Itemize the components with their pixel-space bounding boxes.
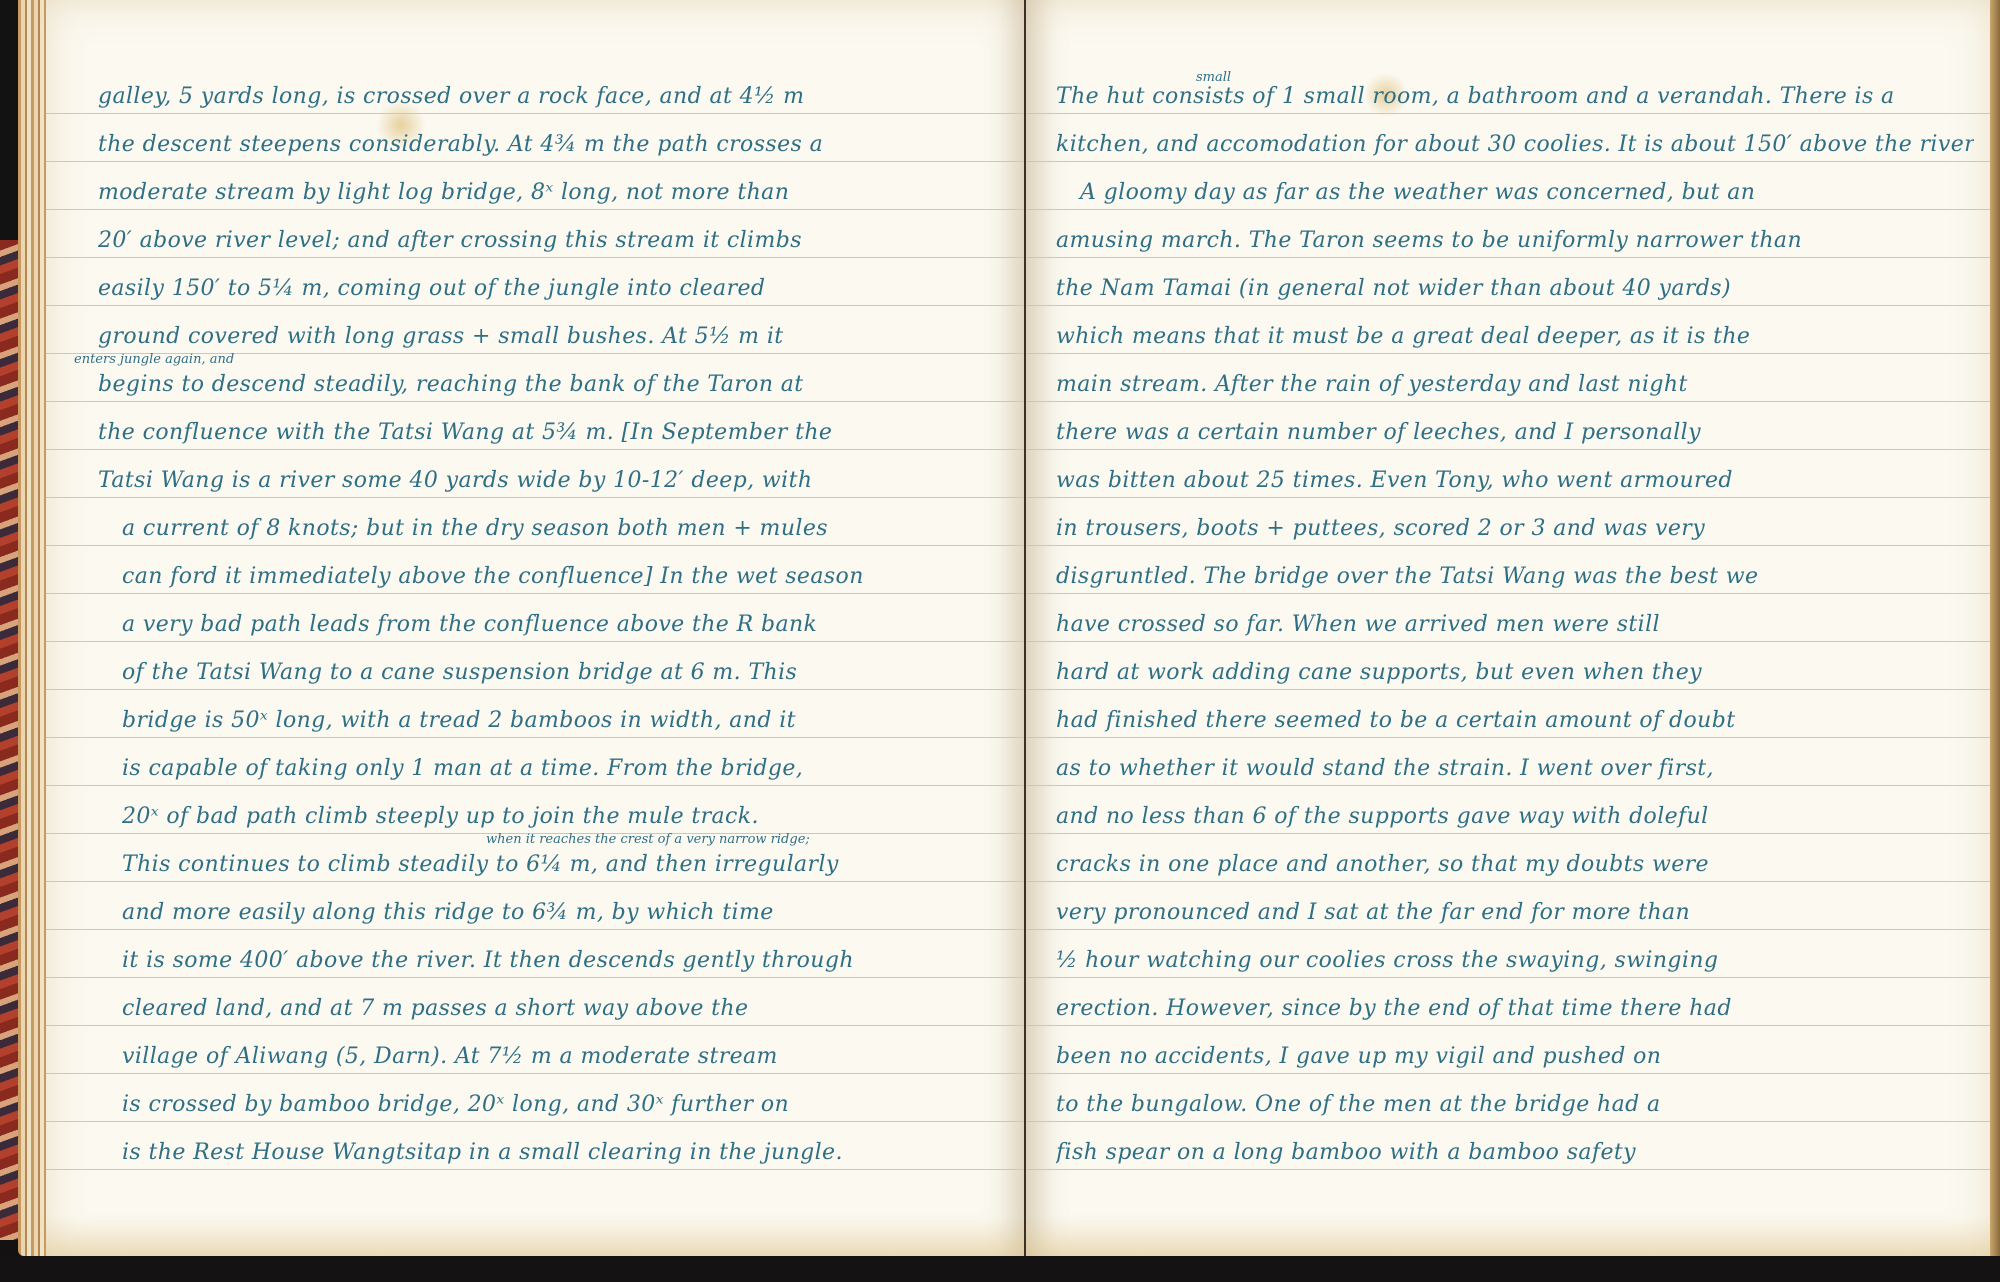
ruled-line: ground covered with long grass + small b… [46, 306, 1026, 354]
ruled-line: to the bungalow. One of the men at the b… [1026, 1074, 1992, 1122]
text-line: easily 150′ to 5¼ m, coming out of the j… [98, 276, 1008, 301]
text-line: the confluence with the Tatsi Wang at 5¾… [98, 420, 1008, 445]
text-line: a current of 8 knots; but in the dry sea… [98, 516, 1008, 541]
text-line: kitchen, and accomodation for about 30 c… [1056, 132, 1974, 157]
ruled-line: easily 150′ to 5¼ m, coming out of the j… [46, 258, 1026, 306]
text-line: main stream. After the rain of yesterday… [1056, 372, 1974, 397]
ruled-line: is crossed by bamboo bridge, 20ˣ long, a… [46, 1074, 1026, 1122]
cover-bottom [0, 1256, 2000, 1282]
ruled-line: was bitten about 25 times. Even Tony, wh… [1026, 450, 1992, 498]
text-line: have crossed so far. When we arrived men… [1056, 612, 1974, 637]
ruled-line: small The hut consists of 1 small room, … [1026, 66, 1992, 114]
right-page-lines: small The hut consists of 1 small room, … [1026, 66, 1992, 1170]
text-line: is the Rest House Wangtsitap in a small … [98, 1140, 1008, 1165]
text-line: ground covered with long grass + small b… [98, 324, 1008, 349]
ruled-line: is capable of taking only 1 man at a tim… [46, 738, 1026, 786]
ruled-line: have crossed so far. When we arrived men… [1026, 594, 1992, 642]
text-line: erection. However, since by the end of t… [1056, 996, 1974, 1021]
ruled-line: can ford it immediately above the conflu… [46, 546, 1026, 594]
ruled-line: 20ˣ of bad path climb steeply up to join… [46, 786, 1026, 834]
text-line: can ford it immediately above the conflu… [98, 564, 1008, 589]
ruled-line: 20′ above river level; and after crossin… [46, 210, 1026, 258]
ruled-line: Tatsi Wang is a river some 40 yards wide… [46, 450, 1026, 498]
ruled-line: disgruntled. The bridge over the Tatsi W… [1026, 546, 1992, 594]
text-line: bridge is 50ˣ long, with a tread 2 bambo… [98, 708, 1008, 733]
text-line: fish spear on a long bamboo with a bambo… [1056, 1140, 1974, 1165]
ruled-line: A gloomy day as far as the weather was c… [1026, 162, 1992, 210]
ruled-line: main stream. After the rain of yesterday… [1026, 354, 1992, 402]
ruled-line: a very bad path leads from the confluenc… [46, 594, 1026, 642]
ruled-line: galley, 5 yards long, is crossed over a … [46, 66, 1026, 114]
ruled-line: is the Rest House Wangtsitap in a small … [46, 1122, 1026, 1170]
ruled-line: hard at work adding cane supports, but e… [1026, 642, 1992, 690]
text-line: as to whether it would stand the strain.… [1056, 756, 1974, 781]
ruled-line: bridge is 50ˣ long, with a tread 2 bambo… [46, 690, 1026, 738]
text-line: the descent steepens considerably. At 4¾… [98, 132, 1008, 157]
text-line: village of Aliwang (5, Darn). At 7½ m a … [98, 1044, 1008, 1069]
ruled-line: enters jungle again, and begins to desce… [46, 354, 1026, 402]
text-line: is capable of taking only 1 man at a tim… [98, 756, 1008, 781]
ruled-line: moderate stream by light log bridge, 8ˣ … [46, 162, 1026, 210]
marbled-edge [0, 240, 18, 1240]
text-line: of the Tatsi Wang to a cane suspension b… [98, 660, 1008, 685]
page-foxing [46, 1216, 1026, 1256]
left-page-lines: galley, 5 yards long, is crossed over a … [46, 66, 1026, 1170]
ruled-line: kitchen, and accomodation for about 30 c… [1026, 114, 1992, 162]
ruled-line: village of Aliwang (5, Darn). At 7½ m a … [46, 1026, 1026, 1074]
ruled-line: a current of 8 knots; but in the dry sea… [46, 498, 1026, 546]
ruled-line: very pronounced and I sat at the far end… [1026, 882, 1992, 930]
text-line: 20′ above river level; and after crossin… [98, 228, 1008, 253]
ruled-line: when it reaches the crest of a very narr… [46, 834, 1026, 882]
text-line: which means that it must be a great deal… [1056, 324, 1974, 349]
text-line: The hut consists of 1 small room, a bath… [1056, 84, 1974, 109]
ruled-line: cracks in one place and another, so that… [1026, 834, 1992, 882]
right-page: small The hut consists of 1 small room, … [1026, 0, 1992, 1256]
text-line: is crossed by bamboo bridge, 20ˣ long, a… [98, 1092, 1008, 1117]
ruled-line: the confluence with the Tatsi Wang at 5¾… [46, 402, 1026, 450]
interlinear-insert: small [1196, 70, 1231, 85]
text-line: was bitten about 25 times. Even Tony, wh… [1056, 468, 1974, 493]
ruled-line: it is some 400′ above the river. It then… [46, 930, 1026, 978]
text-line: cracks in one place and another, so that… [1056, 852, 1974, 877]
text-line: been no accidents, I gave up my vigil an… [1056, 1044, 1974, 1069]
text-line: 20ˣ of bad path climb steeply up to join… [98, 804, 1008, 829]
text-line: begins to descend steadily, reaching the… [98, 372, 1008, 397]
text-line: A gloomy day as far as the weather was c… [1056, 180, 1974, 205]
ruled-line: there was a certain number of leeches, a… [1026, 402, 1992, 450]
text-line: galley, 5 yards long, is crossed over a … [98, 84, 1008, 109]
ruled-line: cleared land, and at 7 m passes a short … [46, 978, 1026, 1026]
left-page: galley, 5 yards long, is crossed over a … [46, 0, 1026, 1256]
text-line: it is some 400′ above the river. It then… [98, 948, 1008, 973]
right-page-edge [1990, 0, 2000, 1256]
text-line: hard at work adding cane supports, but e… [1056, 660, 1974, 685]
text-line: Tatsi Wang is a river some 40 yards wide… [98, 468, 1008, 493]
text-line: amusing march. The Taron seems to be uni… [1056, 228, 1974, 253]
text-line: cleared land, and at 7 m passes a short … [98, 996, 1008, 1021]
text-line: ½ hour watching our coolies cross the sw… [1056, 948, 1974, 973]
ruled-line: erection. However, since by the end of t… [1026, 978, 1992, 1026]
text-line: disgruntled. The bridge over the Tatsi W… [1056, 564, 1974, 589]
ruled-line: the descent steepens considerably. At 4¾… [46, 114, 1026, 162]
text-line: very pronounced and I sat at the far end… [1056, 900, 1974, 925]
text-line: in trousers, boots + puttees, scored 2 o… [1056, 516, 1974, 541]
ruled-line: and more easily along this ridge to 6¾ m… [46, 882, 1026, 930]
ruled-line: ½ hour watching our coolies cross the sw… [1026, 930, 1992, 978]
ruled-line: amusing march. The Taron seems to be uni… [1026, 210, 1992, 258]
text-line: moderate stream by light log bridge, 8ˣ … [98, 180, 1008, 205]
text-line: a very bad path leads from the confluenc… [98, 612, 1008, 637]
ruled-line: and no less than 6 of the supports gave … [1026, 786, 1992, 834]
interlinear-insert: when it reaches the crest of a very narr… [486, 832, 810, 847]
text-line: there was a certain number of leeches, a… [1056, 420, 1974, 445]
ruled-line: as to whether it would stand the strain.… [1026, 738, 1992, 786]
ruled-line: been no accidents, I gave up my vigil an… [1026, 1026, 1992, 1074]
text-line: This continues to climb steadily to 6¼ m… [98, 852, 1008, 877]
text-line: and more easily along this ridge to 6¾ m… [98, 900, 1008, 925]
interlinear-insert: enters jungle again, and [74, 352, 234, 367]
ruled-line: the Nam Tamai (in general not wider than… [1026, 258, 1992, 306]
ruled-line: of the Tatsi Wang to a cane suspension b… [46, 642, 1026, 690]
text-line: and no less than 6 of the supports gave … [1056, 804, 1974, 829]
ruled-line: which means that it must be a great deal… [1026, 306, 1992, 354]
page-foxing [1026, 1216, 1992, 1256]
ruled-line: had finished there seemed to be a certai… [1026, 690, 1992, 738]
text-line: to the bungalow. One of the men at the b… [1056, 1092, 1974, 1117]
ruled-line: fish spear on a long bamboo with a bambo… [1026, 1122, 1992, 1170]
text-line: had finished there seemed to be a certai… [1056, 708, 1974, 733]
ruled-line: in trousers, boots + puttees, scored 2 o… [1026, 498, 1992, 546]
text-line: the Nam Tamai (in general not wider than… [1056, 276, 1974, 301]
